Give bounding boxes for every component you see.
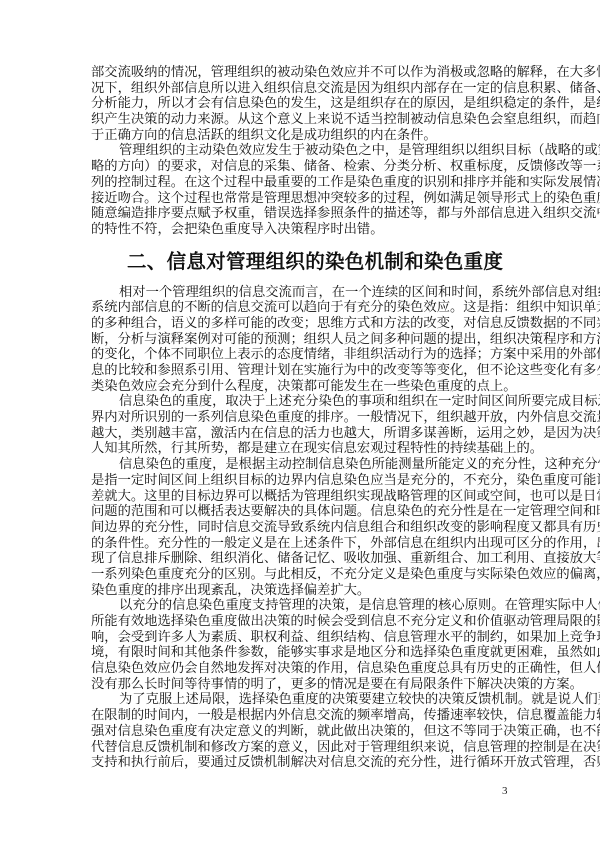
document-page: 部交流吸纳的情况，管理组织的被动染色效应并不可以作为消极或忽略的解释，在大多情 … [91,65,519,771]
text-line: 没有那么长时间等待事情的明了，更多的情况是要在有局限条件下解决决策的方案。 [91,677,519,693]
text-line: 代替信息反馈机制和修改方案的意义，因此对于管理组织来说，信息管理的控制是在决策 [91,740,519,756]
text-line: 息的比较和参照系引用、管理计划在实施行为中的改变等等变化，但不论这些变化有多少 [91,363,519,379]
text-line: 染色重度的排序出现紊乱，决策选择偏差扩大。 [91,583,519,599]
paragraph-6: 以充分的信息染色重度支持管理的决策，是信息管理的核心原则。在管理实际中人们 所能… [91,598,519,692]
paragraph-7: 为了克服上述局限，选择染色重度的决策要建立较快的决策反馈机制。就是说人们要 在限… [91,692,519,770]
text-line: 管理组织的主动染色效应发生于被动染色之中，是管理组织以组织目标（战略的或策 [91,143,519,159]
text-line: 境，有限时间和其他条件参数，能够实事求是地区分和选择染色重度就更困难，虽然如此 [91,645,519,661]
text-line: 略的方向）的要求，对信息的采集、储备、检索、分类分析、权重标度，反馈修改等一系 [91,159,519,175]
paragraph-3: 相对一个管理组织的信息交流而言，在一个连续的区间和时间，系统外部信息对组织 系统… [91,285,519,395]
text-line: 况下，组织外部信息所以进入组织信息交流是因为组织内部存在一定的信息积累、储备、 [91,81,519,97]
text-line: 信息染色的重度，取决于上述充分染色的事项和组织在一定时间区间所要完成目标边 [91,394,519,410]
text-line: 分析能力，所以才会有信息染色的发生，这是组织存在的原因，是组织稳定的条件，是组 [91,96,519,112]
text-line: 强对信息染色重度有决定意义的判断，就此做出决策的，但这不等同于决策正确，也不能 [91,724,519,740]
text-line: 一系列染色重度充分的区别。与此相反，不充分定义是染色重度与实际染色效应的偏离， [91,567,519,583]
text-line: 类染色效应会充分到什么程度，决策都可能发生在一些染色重度的点上。 [91,379,519,395]
text-line: 织产生决策的动力来源。从这个意义上来说不适当控制被动信息染色会窒息组织，而趋向 [91,112,519,128]
page-number: 3 [502,785,508,797]
text-line: 于正确方向的信息活跃的组织文化是成功组织的内在条件。 [91,128,519,144]
paragraph-2: 管理组织的主动染色效应发生于被动染色之中，是管理组织以组织目标（战略的或策 略的… [91,143,519,237]
text-line: 响，会受到许多人为素质、职权利益、组织结构、信息管理水平的制约，如果加上竞争环 [91,630,519,646]
text-line: 支持和执行前后，要通过反馈机制解决对信息交流的充分性，进行循环开放式管理，否则， [91,755,519,771]
text-line: 的条件性。充分性的一般定义是在上述条件下，外部信息在组织内出现可区分的作用，出 [91,536,519,552]
text-line: 列的控制过程。在这个过程中最重要的工作是染色重度的识别和排序并能和实际发展情况 [91,175,519,191]
paragraph-1: 部交流吸纳的情况，管理组织的被动染色效应并不可以作为消极或忽略的解释，在大多情 … [91,65,519,143]
section-heading: 二、信息对管理组织的染色机制和染色重度 [91,238,519,285]
text-line: 以充分的信息染色重度支持管理的决策，是信息管理的核心原则。在管理实际中人们 [91,598,519,614]
text-line: 问题的范围和可以概括表达要解决的具体问题。信息染色的充分性是在一定管理空间和时 [91,504,519,520]
text-line: 信息染色效应仍会自然地发挥对决策的作用，信息染色重度总具有历史的正确性，但人们 [91,661,519,677]
text-line: 的特性不符，会把染色重度导入决策程序时出错。 [91,222,519,238]
text-line: 人知其所然，行其所势，都是建立在现实信息宏观过程特性的持续基础上的。 [91,441,519,457]
text-line: 的变化，个体不同职位上表示的态度情绪，非组织活动行为的选择；方案中采用的外部信 [91,347,519,363]
text-line: 间边界的充分性，同时信息交流导致系统内信息组合和组织改变的影响程度又都具有历史 [91,520,519,536]
paragraph-5: 信息染色的重度，是根据主动控制信息染色所能测量所能定义的充分性，这种充分性 是指… [91,457,519,598]
text-line: 现了信息排斥删除、组织消化、储备记忆、吸收加强、重新组合、加工利用、直接放大等 [91,551,519,567]
text-line: 界内对所识别的一系列信息染色重度的排序。一般情况下，组织越开放，内外信息交流量 [91,410,519,426]
text-line: 差就大。这里的目标边界可以概括为管理组织实现战略管理的区间或空间，也可以是日常 [91,489,519,505]
text-line: 相对一个管理组织的信息交流而言，在一个连续的区间和时间，系统外部信息对组织 [91,285,519,301]
text-line: 随意编造排序要点赋予权重，错误选择参照条件的描述等，都与外部信息进入组织交流中 [91,206,519,222]
text-line: 信息染色的重度，是根据主动控制信息染色所能测量所能定义的充分性，这种充分性 [91,457,519,473]
text-line: 为了克服上述局限，选择染色重度的决策要建立较快的决策反馈机制。就是说人们要 [91,692,519,708]
text-line: 部交流吸纳的情况，管理组织的被动染色效应并不可以作为消极或忽略的解释，在大多情 [91,65,519,81]
text-line: 断，分析与演释案例对可能的预测；组织人员之间多种问题的提出，组织决策程序和方法 [91,332,519,348]
text-line: 是指一定时间区间上组织目标的边界内信息染色应当是充分的，不充分，染色重度可能误 [91,473,519,489]
text-line: 接近吻合。这个过程也常常是管理思想冲突较多的过程，例如满足领导形式上的染色重度， [91,191,519,207]
text-line: 越大，类别越丰富，激活内在信息的活力也越大，所谓多谋善断，运用之妙，是因为决策 [91,426,519,442]
text-line: 的多种组合，语义的多样可能的改变；思维方式和方法的改变，对信息反馈数据的不同判 [91,316,519,332]
text-line: 在限制的时间内，一般是根据内外信息交流的频率增高，传播速率较快，信息覆盖能力较 [91,708,519,724]
text-line: 所能有效地选择染色重度做出决策的时候会受到信息不充分定义和价值驱动管理局限的影 [91,614,519,630]
paragraph-4: 信息染色的重度，取决于上述充分染色的事项和组织在一定时间区间所要完成目标边 界内… [91,394,519,457]
text-line: 系统内部信息的不断的信息交流可以趋向于有充分的染色效应。这是指：组织中知识单元 [91,300,519,316]
